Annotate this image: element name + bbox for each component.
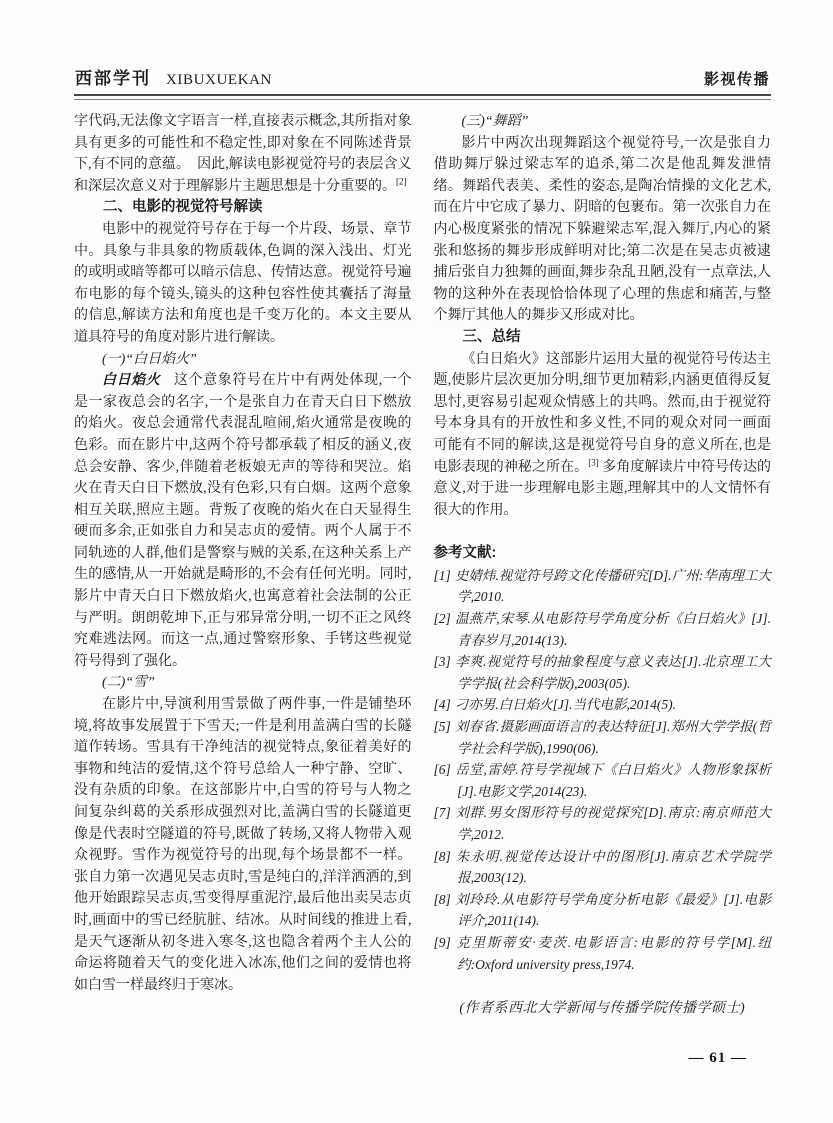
reference-text: 克里斯蒂安·麦茨.电影语言:电影的符号学[M].纽约:Oxford univer… — [455, 935, 771, 972]
reference-item: [6]岳堂,雷婷.符号学视域下《白日焰火》人物形象探析[J].电影文学,2014… — [434, 759, 772, 802]
reference-text: 温燕芹,宋琴.从电影符号学角度分析《白日焰火》[J].青春岁月,2014(13)… — [455, 611, 771, 648]
reference-item: [5]刘春省.摄影画面语言的表达特征[J].郑州大学学报(哲学社会科学版),19… — [434, 716, 772, 759]
subsection-heading-fireworks: (一)“白日焰火” — [74, 349, 412, 371]
reference-number: [8] — [434, 892, 451, 907]
journal-page: 西部学刊 XIBUXUEKAN 影视传播 字代码,无法像文字语言一样,直接表示概… — [0, 0, 833, 1123]
reference-text: 朱永明.视觉传达设计中的图形[J].南京艺术学院学报,2003(12). — [455, 849, 771, 886]
reference-number: [8] — [434, 849, 451, 864]
reference-text: 刘春省.摄影画面语言的表达特征[J].郑州大学学报(哲学社会科学版),1990(… — [455, 719, 771, 756]
reference-text: 李爽.视觉符号的抽象程度与意义表达[J].北京理工大学学报(社会科学版),200… — [455, 654, 771, 691]
reference-item: [9]克里斯蒂安·麦茨.电影语言:电影的符号学[M].纽约:Oxford uni… — [434, 932, 772, 975]
reference-item: [7]刘群.男女图形符号的视觉探究[D].南京:南京师范大学,2012. — [434, 802, 772, 845]
right-column: (三)“舞蹈” 影片中两次出现舞蹈这个视觉符号,一次是张自力借助舞厅躲过梁志军的… — [434, 111, 772, 1020]
reference-item: [8]朱永明.视觉传达设计中的图形[J].南京艺术学院学报,2003(12). — [434, 846, 772, 889]
reference-text: 刘群.男女图形符号的视觉探究[D].南京:南京师范大学,2012. — [455, 805, 771, 842]
paragraph-snow: 在影片中,导演利用雪景做了两件事,一件是铺垫环境,将故事发展置于下雪天;一件是利… — [74, 694, 412, 996]
subsection-heading-dance: (三)“舞蹈” — [434, 111, 772, 133]
left-column: 字代码,无法像文字语言一样,直接表示概念,其所指对象具有更多的可能性和不稳定性,… — [74, 111, 412, 1020]
author-note: (作者系西北大学新闻与传播学院传播学硕士) — [434, 998, 772, 1020]
journal-title-en: XIBUXUEKAN — [166, 72, 272, 89]
reference-item: [8]刘玲玲.从电影符号学角度分析电影《最爱》[J].电影评介,2011(14)… — [434, 889, 772, 932]
journal-title-cn: 西部学刊 — [75, 64, 151, 89]
section-heading-2: 二、电影的视觉符号解读 — [74, 197, 412, 219]
journal-title-group: 西部学刊 XIBUXUEKAN — [75, 64, 272, 89]
paragraph-summary-text-a: 《白日焰火》这部影片运用大量的视觉符号传达主题,使影片层次更加分明,细节更加精彩… — [434, 352, 772, 475]
paragraph-fireworks-text: 这个意象符号在片中有两处体现,一个是一家夜总会的名字,一个是张自力在青天白日下燃… — [74, 373, 412, 669]
section-heading-3: 三、总结 — [434, 327, 772, 349]
reference-number: [9] — [434, 935, 451, 950]
reference-text: 刁亦男.白日焰火[J].当代电影,2014(5). — [455, 697, 676, 712]
header-double-rule — [74, 94, 771, 100]
reference-number: [4] — [434, 697, 451, 712]
page-number: — 61 — — [689, 1050, 748, 1067]
reference-item: [1]史婧炜.视觉符号跨文化传播研究[D].广州:华南理工大学,2010. — [434, 565, 772, 608]
subsection-heading-snow: (二)“雪” — [74, 672, 412, 694]
paragraph-continued-text: 字代码,无法像文字语言一样,直接表示概念,其所指对象具有更多的可能性和不稳定性,… — [74, 114, 412, 194]
reference-text: 史婧炜.视觉符号跨文化传播研究[D].广州:华南理工大学,2010. — [455, 568, 771, 605]
paragraph-dance: 影片中两次出现舞蹈这个视觉符号,一次是张自力借助舞厅躲过梁志军的追杀,第二次是他… — [434, 133, 772, 327]
references-title: 参考文献: — [434, 543, 772, 565]
reference-number: [7] — [434, 805, 451, 820]
reference-number: [3] — [434, 654, 451, 669]
paragraph-continued: 字代码,无法像文字语言一样,直接表示概念,其所指对象具有更多的可能性和不稳定性,… — [74, 111, 412, 197]
reference-text: 岳堂,雷婷.符号学视域下《白日焰火》人物形象探析[J].电影文学,2014(23… — [455, 762, 771, 799]
section-column-label: 影视传播 — [704, 68, 770, 89]
reference-number: [6] — [434, 762, 451, 777]
page-header: 西部学刊 XIBUXUEKAN 影视传播 — [74, 64, 771, 94]
footnote-ref-2: [2] — [396, 176, 407, 186]
reference-item: [3]李爽.视觉符号的抽象程度与意义表达[J].北京理工大学学报(社会科学版),… — [434, 651, 772, 694]
reference-number: [5] — [434, 719, 451, 734]
footnote-ref-3: [3] — [588, 457, 599, 467]
paragraph-fireworks-lead-term: 白日焰火 — [102, 373, 161, 388]
reference-item: [4]刁亦男.白日焰火[J].当代电影,2014(5). — [434, 694, 772, 716]
paragraph-fireworks: 白日焰火这个意象符号在片中有两处体现,一个是一家夜总会的名字,一个是张自力在青天… — [74, 370, 412, 672]
reference-number: [2] — [434, 611, 451, 626]
reference-number: [1] — [434, 568, 451, 583]
reference-item: [2]温燕芹,宋琴.从电影符号学角度分析《白日焰火》[J].青春岁月,2014(… — [434, 608, 772, 651]
paragraph-summary: 《白日焰火》这部影片运用大量的视觉符号传达主题,使影片层次更加分明,细节更加精彩… — [434, 349, 772, 522]
paragraph-intro: 电影中的视觉符号存在于每一个片段、场景、章节中。具象与非具象的物质载体,色调的深… — [74, 219, 412, 349]
reference-text: 刘玲玲.从电影符号学角度分析电影《最爱》[J].电影评介,2011(14). — [455, 892, 771, 929]
article-body: 字代码,无法像文字语言一样,直接表示概念,其所指对象具有更多的可能性和不稳定性,… — [74, 111, 771, 1020]
